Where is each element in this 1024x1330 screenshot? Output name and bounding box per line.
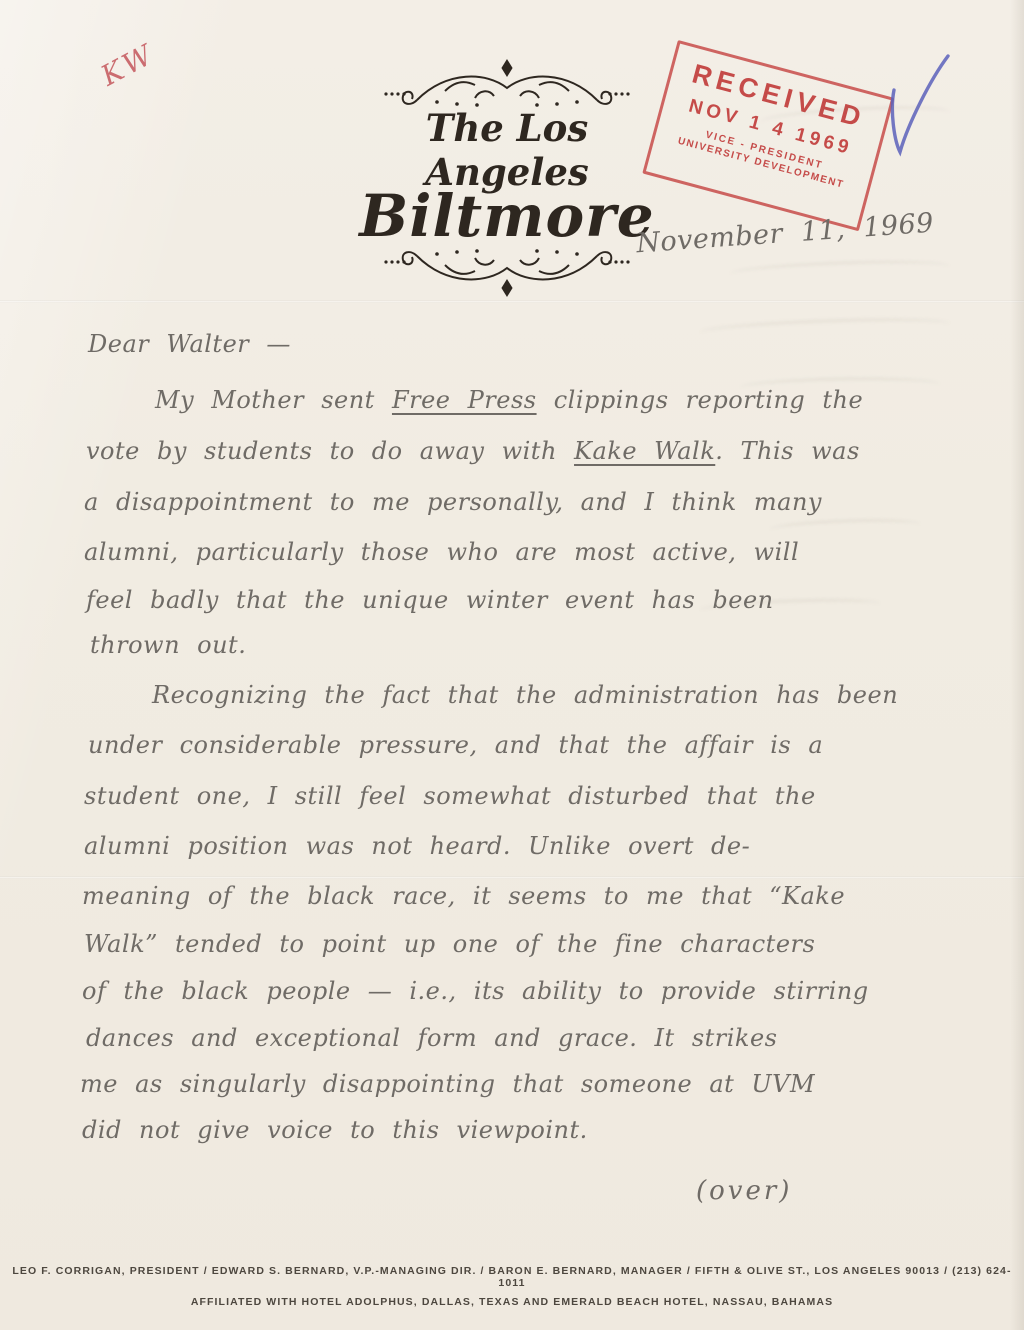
letter-line: meaning of the black race, it seems to m… bbox=[82, 882, 845, 910]
letter-line: under considerable pressure, and that th… bbox=[88, 731, 823, 759]
underlined-kake-walk: Kake Walk bbox=[574, 437, 715, 465]
blue-checkmark-icon bbox=[872, 48, 962, 168]
letter-line: of the black people — i.e., its ability … bbox=[82, 977, 869, 1005]
logo-text-city: The Los Angeles bbox=[352, 106, 662, 194]
letter-line: student one, I still feel somewhat distu… bbox=[84, 782, 816, 810]
letter-line: feel badly that the unique winter event … bbox=[86, 586, 774, 614]
underlined-free-press: Free Press bbox=[392, 386, 537, 414]
received-stamp: RECEIVED NOV 1 4 1969 VICE - PRESIDENT U… bbox=[642, 40, 894, 231]
footer-management-line: LEO F. CORRIGAN, PRESIDENT / EDWARD S. B… bbox=[0, 1265, 1024, 1289]
letter-line: did not give voice to this viewpoint. bbox=[82, 1116, 588, 1144]
letter-line: Walk” tended to point up one of the fine… bbox=[84, 930, 815, 958]
paper-edge-shadow bbox=[1010, 0, 1024, 1330]
paper-crease bbox=[0, 876, 1024, 879]
handwritten-date: November 11, 1969 bbox=[635, 208, 935, 260]
salutation: Dear Walter — bbox=[88, 330, 291, 358]
handwritten-initials: KW bbox=[96, 37, 162, 93]
logo-flourish-top-icon bbox=[382, 58, 632, 110]
letter-line: a disappointment to me personally, and I… bbox=[84, 488, 822, 516]
letter-line: Recognizing the fact that the administra… bbox=[152, 681, 898, 709]
paper-crease bbox=[0, 300, 1024, 303]
over-note: (over) bbox=[696, 1176, 792, 1206]
logo-flourish-bottom-icon bbox=[382, 246, 632, 298]
letterhead-footer: LEO F. CORRIGAN, PRESIDENT / EDWARD S. B… bbox=[0, 1265, 1024, 1308]
logo-text-hotel: Biltmore bbox=[352, 182, 662, 250]
letter-line: thrown out. bbox=[90, 631, 246, 659]
bleed-through-mark bbox=[700, 316, 950, 341]
letter-scan-page: KW The Los Angeles Biltmore bbox=[0, 0, 1024, 1330]
letter-line: alumni, particularly those who are most … bbox=[84, 538, 799, 566]
letter-line: My Mother sent Free Press clippings repo… bbox=[155, 386, 863, 414]
letter-line: alumni position was not heard. Unlike ov… bbox=[84, 832, 750, 860]
biltmore-logo: The Los Angeles Biltmore bbox=[352, 58, 662, 298]
letter-line: me as singularly disappointing that some… bbox=[80, 1070, 815, 1098]
footer-affiliation-line: AFFILIATED WITH HOTEL ADOLPHUS, DALLAS, … bbox=[0, 1296, 1024, 1308]
letter-line: vote by students to do away with Kake Wa… bbox=[86, 437, 860, 465]
bleed-through-mark bbox=[730, 258, 950, 282]
bleed-through-mark bbox=[770, 517, 920, 536]
letter-line: dances and exceptional form and grace. I… bbox=[86, 1024, 777, 1052]
